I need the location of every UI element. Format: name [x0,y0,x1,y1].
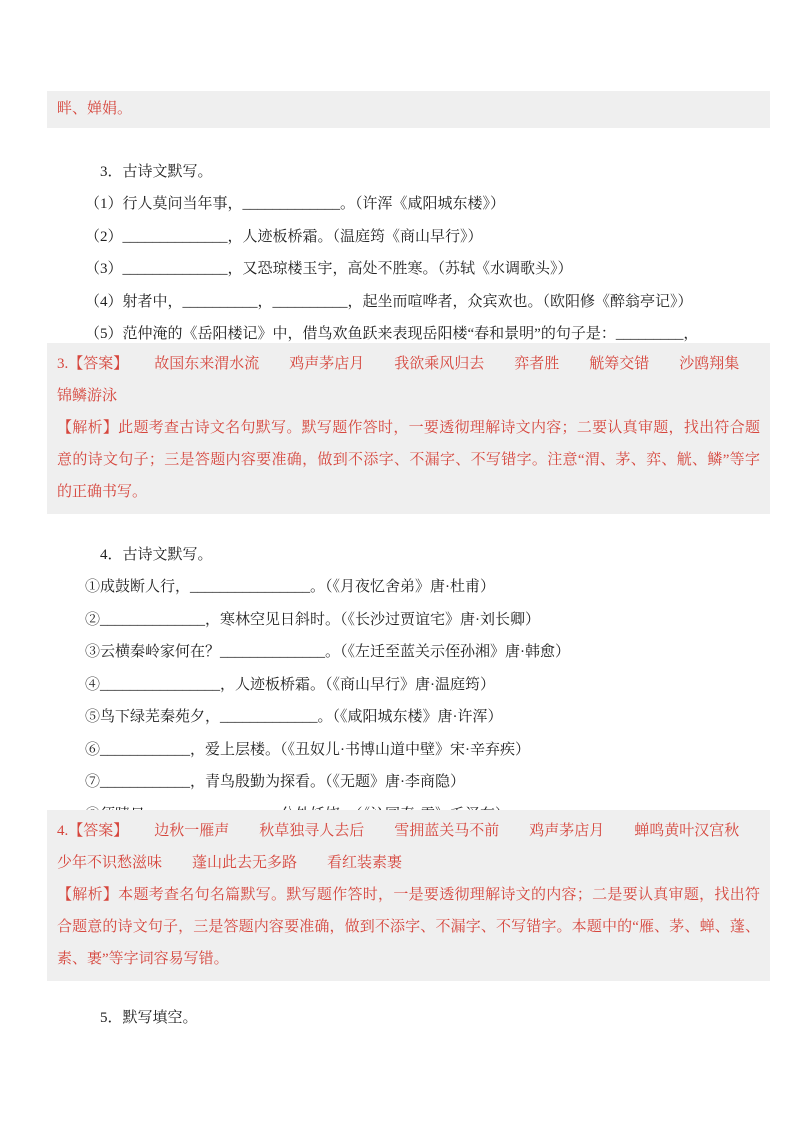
question4-title: 4．古诗文默写。 [100,545,777,565]
answer3-label: 3.【答案】 [57,356,128,372]
worksheet-document: { "colors": { "highlight_bg": "#efefef",… [0,0,793,1122]
question4-item-7: ⑦____________，青鸟殷勤为探看。（《无题》唐·李商隐） [85,772,777,792]
answer4-highlight-band: 4.【答案】边秋一雁声 秋草独寻人去后 雪拥蓝关马不前 鸡声茅店月 蝉鸣黄叶汉宫… [47,810,770,981]
answer3-highlight-band: 3.【答案】故国东来渭水流 鸡声茅店月 我欲乘风归去 弈者胜 觥筹交错 沙鸥翔集… [47,343,770,514]
question4-item-6: ⑥____________，爱上层楼。（《丑奴儿·书博山道中壁》宋·辛弃疾） [85,740,777,760]
question4-item-5: ⑤鸟下绿芜秦苑夕，_____________。（《咸阳城东楼》唐·许浑） [85,707,777,727]
question4-item-4: ④________________，人迹板桥霜。（《商山早行》唐·温庭筠） [85,675,777,695]
answer4-analysis: 【解析】本题考查名句名篇默写。默写题作答时，一是要透彻理解诗文的内容；二是要认真… [57,879,760,975]
answer4-line: 4.【答案】边秋一雁声 秋草独寻人去后 雪拥蓝关马不前 鸡声茅店月 蝉鸣黄叶汉宫… [57,815,760,879]
answer4-label: 4.【答案】 [57,823,128,839]
question3-item-2: （2）______________，人迹板桥霜。（温庭筠《商山早行》） [85,227,777,247]
answer4-answers: 边秋一雁声 秋草独寻人去后 雪拥蓝关马不前 鸡声茅店月 蝉鸣黄叶汉宫秋 少年不识… [57,823,769,871]
question5-section: 5．默写填空。 [100,1008,792,1040]
question3-item-4: （4）射者中，__________，__________，起坐而喧哗者，众宾欢也… [85,292,777,312]
question4-item-3: ③云横秦岭家何在？______________。（《左迁至蓝关示侄孙湘》唐·韩愈… [85,642,777,662]
answer2-tail-text: 畔、婵娟。 [57,91,760,128]
question4-section: 4．古诗文默写。 ①成鼓断人行，________________。（《月夜忆舍弟… [85,545,777,837]
answer3-line: 3.【答案】故国东来渭水流 鸡声茅店月 我欲乘风归去 弈者胜 觥筹交错 沙鸥翔集… [57,348,760,412]
question3-title: 3．古诗文默写。 [100,162,777,182]
question3-item-1: （1）行人莫问当年事，_____________。（许浑《咸阳城东楼》） [85,194,777,214]
question4-item-2: ②______________，寒林空见日斜时。（《长沙过贾谊宅》唐·刘长卿） [85,610,777,630]
answer3-analysis: 【解析】此题考查古诗文名句默写。默写题作答时，一要透彻理解诗文内容；二要认真审题… [57,412,760,508]
answer3-answers: 故国东来渭水流 鸡声茅店月 我欲乘风归去 弈者胜 觥筹交错 沙鸥翔集 锦鳞游泳 [57,356,769,404]
question3-item-3: （3）______________，又恐琼楼玉宇，高处不胜寒。（苏轼《水调歌头》… [85,259,777,279]
question4-item-1: ①成鼓断人行，________________。（《月夜忆舍弟》唐·杜甫） [85,577,777,597]
question5-title: 5．默写填空。 [100,1008,792,1028]
answer2-highlight-band: 畔、婵娟。 [47,91,770,128]
